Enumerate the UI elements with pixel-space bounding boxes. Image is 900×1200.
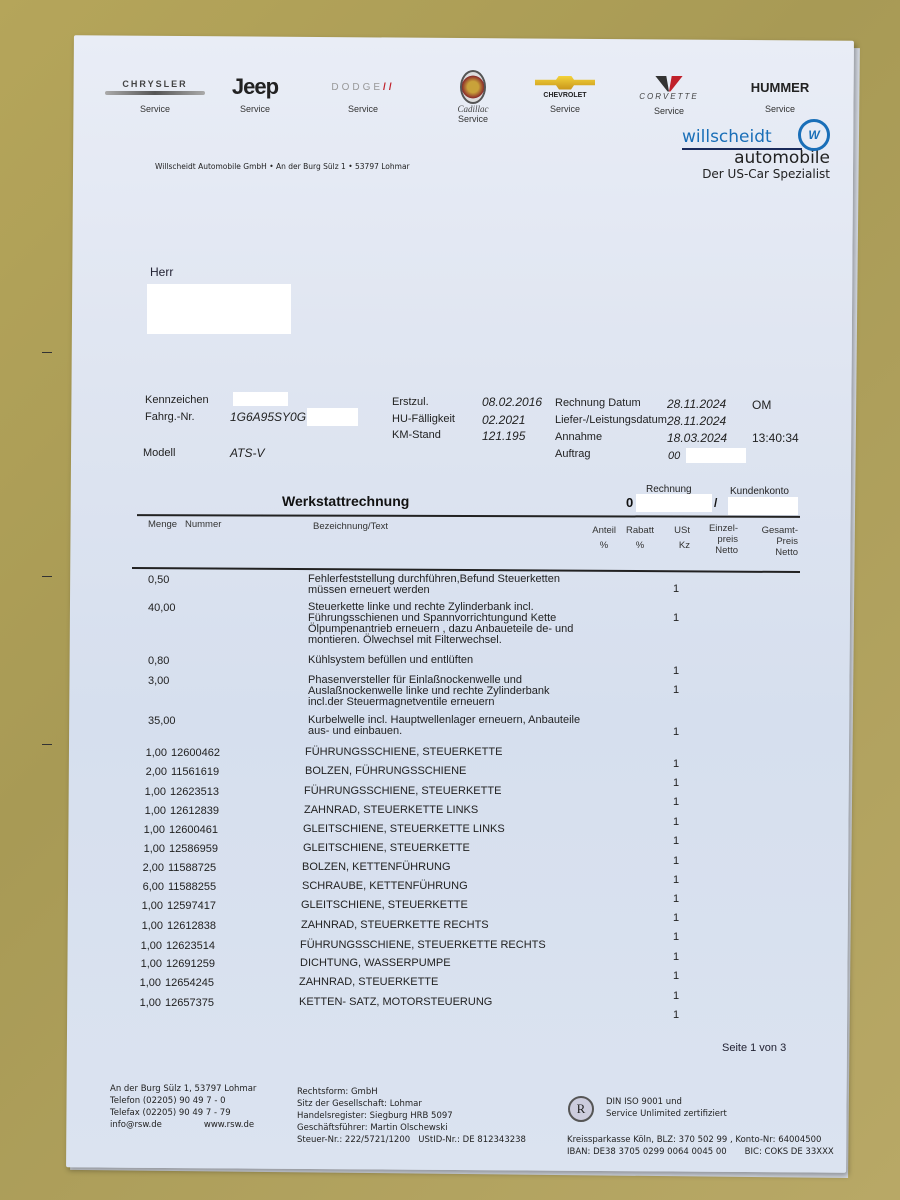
- page-indicator: Seite 1 von 3: [722, 1042, 786, 1054]
- dodge-stripes-icon: //: [383, 82, 395, 93]
- footer-fax: Telefax (02205) 90 49 7 - 79: [110, 1107, 256, 1119]
- item-quantity: 1,00: [138, 940, 162, 952]
- sender-line: Willscheidt Automobile GmbH • An der Bur…: [155, 162, 410, 171]
- item-description-line: GLEITSCHIENE, STEUERKETTE: [301, 900, 601, 911]
- footer-cert-line: Service Unlimited zertifiziert: [606, 1108, 727, 1120]
- om-code: OM: [752, 398, 771, 412]
- item-description: GLEITSCHIENE, STEUERKETTE: [301, 900, 601, 911]
- item-quantity: 1,00: [142, 805, 166, 817]
- brand-hummer: HUMMER Service: [725, 72, 835, 114]
- footer-legal-line: Sitz der Gesellschaft: Lohmar: [297, 1098, 526, 1110]
- footer-legal: Rechtsform: GmbH Sitz der Gesellschaft: …: [297, 1086, 526, 1146]
- item-tax-code: 1: [673, 758, 679, 770]
- item-quantity: 1,00: [142, 786, 166, 798]
- hu-label: HU-Fälligkeit: [392, 413, 455, 425]
- item-tax-code: 1: [673, 931, 679, 943]
- item-tax-code: 1: [673, 912, 679, 924]
- item-description: BOLZEN, KETTENFÜHRUNG: [302, 862, 602, 873]
- recipient-salutation: Herr: [150, 265, 173, 279]
- chrysler-wings-icon: [105, 91, 205, 95]
- liefer-value: 28.11.2024: [667, 414, 726, 428]
- col-gesamt-line: Preis: [752, 536, 798, 547]
- item-description: Steuerkette linke und rechte Zylinderban…: [308, 602, 608, 646]
- item-part-number: 12612839: [170, 805, 219, 817]
- hummer-logo: HUMMER: [725, 72, 835, 102]
- item-description: BOLZEN, FÜHRUNGSSCHIENE: [305, 766, 605, 777]
- footer-bank-line: Kreissparkasse Köln, BLZ: 370 502 99 , K…: [567, 1134, 834, 1146]
- item-quantity: 1,00: [138, 958, 162, 970]
- item-quantity: 1,00: [137, 997, 161, 1009]
- brand-chrysler: CHRYSLER Service: [100, 72, 210, 114]
- footer-address: An der Burg Sülz 1, 53797 Lohmar Telefon…: [110, 1083, 256, 1131]
- item-description-line: KETTEN- SATZ, MOTORSTEUERUNG: [299, 997, 599, 1008]
- item-description: Kurbelwelle incl. Hauptwellenlager erneu…: [308, 715, 608, 737]
- item-description: FÜHRUNGSSCHIENE, STEUERKETTE: [305, 747, 605, 758]
- col-anteil-line: Anteil: [592, 523, 616, 538]
- item-description-line: BOLZEN, KETTENFÜHRUNG: [302, 862, 602, 873]
- footer-website: www.rsw.de: [204, 1120, 254, 1130]
- item-description-line: FÜHRUNGSSCHIENE, STEUERKETTE: [305, 747, 605, 758]
- item-tax-code: 1: [673, 951, 679, 963]
- item-tax-code: 1: [673, 816, 679, 828]
- erstzul-label: Erstzul.: [392, 396, 429, 408]
- item-tax-code: 1: [673, 855, 679, 867]
- fahrg-value: 1G6A95SY0G: [230, 410, 306, 424]
- col-einzelpreis: Einzel-preisNetto: [700, 523, 738, 556]
- brand-service-label: Service: [725, 104, 835, 114]
- footer-phone: Telefon (02205) 90 49 7 - 0: [110, 1095, 256, 1107]
- item-tax-code: 1: [673, 970, 679, 982]
- item-description: Phasenversteller für Einlaßnockenwelle u…: [308, 675, 608, 708]
- col-einzel-line: Einzel-: [700, 523, 738, 534]
- item-description-line: GLEITSCHIENE, STEUERKETTE: [303, 843, 603, 854]
- item-description-line: montieren. Ölwechsel mit Filterwechsel.: [308, 635, 608, 646]
- item-quantity: 6,00: [140, 881, 164, 893]
- item-description-line: FÜHRUNGSSCHIENE, STEUERKETTE RECHTS: [300, 940, 600, 951]
- chevrolet-bowtie-icon: [535, 76, 595, 90]
- brand-service-label: Service: [200, 104, 310, 114]
- item-part-number: 12623514: [166, 940, 215, 952]
- item-description-line: aus- und einbauen.: [308, 726, 608, 737]
- footer-email: info@rsw.de: [110, 1120, 162, 1130]
- item-description: DICHTUNG, WASSERPUMPE: [300, 958, 600, 969]
- fahrg-label: Fahrg.-Nr.: [145, 411, 195, 423]
- item-description: ZAHNRAD, STEUERKETTE LINKS: [304, 805, 604, 816]
- rechnung-number-redacted: [636, 494, 712, 512]
- item-quantity: 1,00: [143, 747, 167, 759]
- item-tax-code: 1: [673, 777, 679, 789]
- col-anteil-line: %: [592, 538, 616, 553]
- item-quantity: 1,00: [139, 920, 163, 932]
- item-description-line: müssen erneuert werden: [308, 585, 608, 596]
- brand-service-label: Service: [308, 104, 418, 114]
- item-part-number: 12657375: [165, 997, 214, 1009]
- brand-dodge: DODGE// Service: [308, 72, 418, 114]
- item-tax-code: 1: [673, 796, 679, 808]
- footer-cert-line: DIN ISO 9001 und: [606, 1096, 727, 1108]
- brand-chevrolet: CHEVROLET Service: [510, 72, 620, 114]
- col-einzel-line: preis: [700, 534, 738, 545]
- col-gesamt-line: Gesamt-: [752, 525, 798, 536]
- item-tax-code: 1: [673, 583, 679, 595]
- item-part-number: 12586959: [169, 843, 218, 855]
- fahrg-redacted: [307, 408, 358, 426]
- rechnung-datum-label: Rechnung Datum: [555, 397, 641, 409]
- item-description-line: incl.der Steuermagnetventile erneuern: [308, 697, 608, 708]
- col-anteil: Anteil%: [592, 523, 616, 553]
- auftrag-redacted: [686, 448, 746, 463]
- fold-mark: [42, 576, 52, 577]
- col-gesamtpreis: Gesamt-PreisNetto: [752, 525, 798, 558]
- item-description-line: ZAHNRAD, STEUERKETTE LINKS: [304, 805, 604, 816]
- kundenkonto-redacted: [728, 497, 798, 515]
- brand-service-label: Service: [614, 106, 724, 116]
- annahme-time: 13:40:34: [752, 431, 799, 445]
- annahme-label: Annahme: [555, 431, 602, 443]
- item-part-number: 11588255: [168, 881, 216, 893]
- item-description-line: ZAHNRAD, STEUERKETTE RECHTS: [301, 920, 601, 931]
- item-description-line: DICHTUNG, WASSERPUMPE: [300, 958, 600, 969]
- jeep-logo: Jeep: [200, 72, 310, 102]
- item-quantity: 40,00: [148, 602, 176, 614]
- liefer-label: Liefer-/Leistungsdatum: [555, 414, 667, 426]
- item-part-number: 11588725: [168, 862, 216, 874]
- item-description: ZAHNRAD, STEUERKETTE: [299, 977, 599, 988]
- company-tagline: Der US-Car Spezialist: [680, 167, 830, 181]
- kennzeichen-redacted: [233, 392, 288, 406]
- number-separator: /: [714, 496, 717, 510]
- corvette-logo: CORVETTE: [639, 92, 698, 101]
- item-quantity: 1,00: [141, 843, 165, 855]
- col-ust-line: USt: [668, 523, 690, 538]
- item-description-line: ZAHNRAD, STEUERKETTE: [299, 977, 599, 988]
- col-ust: UStKz: [668, 523, 690, 553]
- erstzul-value: 08.02.2016: [482, 395, 542, 409]
- item-description: ZAHNRAD, STEUERKETTE RECHTS: [301, 920, 601, 931]
- brand-service-label: Service: [100, 104, 210, 114]
- brand-jeep: Jeep Service: [200, 72, 310, 114]
- fold-mark: [42, 744, 52, 745]
- item-tax-code: 1: [673, 612, 679, 624]
- fold-mark: [42, 352, 52, 353]
- item-quantity: 1,00: [141, 824, 165, 836]
- item-quantity: 3,00: [148, 675, 169, 687]
- item-part-number: 12654245: [165, 977, 214, 989]
- modell-value: ATS-V: [230, 446, 264, 460]
- chrysler-logo: CHRYSLER: [122, 79, 187, 89]
- auftrag-label: Auftrag: [555, 448, 590, 460]
- col-rabatt-line: %: [624, 538, 656, 553]
- footer-steuer-nr: Steuer-Nr.: 222/5721/1200: [297, 1135, 410, 1145]
- footer-ustid: UStID-Nr.: DE 812343238: [418, 1135, 526, 1145]
- item-description-line: GLEITSCHIENE, STEUERKETTE LINKS: [303, 824, 603, 835]
- col-rabatt: Rabatt%: [624, 523, 656, 553]
- footer-legal-line: Geschäftsführer: Martin Olschewski: [297, 1122, 526, 1134]
- item-tax-code: 1: [673, 835, 679, 847]
- item-description: FÜHRUNGSSCHIENE, STEUERKETTE: [304, 786, 604, 797]
- item-part-number: 12600461: [169, 824, 218, 836]
- company-logo-subname: automobile: [680, 150, 830, 167]
- footer-bic: BIC: COKS DE 33XXX: [745, 1147, 834, 1157]
- rechnung-datum-value: 28.11.2024: [667, 397, 726, 411]
- col-bezeichnung: Bezeichnung/Text: [313, 521, 388, 532]
- item-description: SCHRAUBE, KETTENFÜHRUNG: [302, 881, 602, 892]
- document-title: Werkstattrechnung: [282, 493, 409, 509]
- dodge-logo: DODGE: [331, 82, 383, 93]
- annahme-value: 18.03.2024: [667, 431, 727, 445]
- col-rabatt-line: Rabatt: [624, 523, 656, 538]
- item-part-number: 12691259: [166, 958, 215, 970]
- footer-legal-line: Rechtsform: GmbH: [297, 1086, 526, 1098]
- col-gesamt-line: Netto: [752, 547, 798, 558]
- chevrolet-logo: CHEVROLET: [543, 92, 586, 99]
- item-description: KETTEN- SATZ, MOTORSTEUERUNG: [299, 997, 599, 1008]
- col-ust-line: Kz: [668, 538, 690, 553]
- item-quantity: 35,00: [148, 715, 176, 727]
- item-description-line: Kühlsystem befüllen und entlüften: [308, 655, 608, 666]
- brand-service-label: Service: [510, 104, 620, 114]
- company-w-emblem-icon: W: [798, 119, 830, 151]
- recipient-name-redacted: [147, 284, 291, 334]
- item-description-line: BOLZEN, FÜHRUNGSSCHIENE: [305, 766, 605, 777]
- item-tax-code: 1: [673, 684, 679, 696]
- item-tax-code: 1: [673, 990, 679, 1002]
- footer-legal-line: Handelsregister: Siegburg HRB 5097: [297, 1110, 526, 1122]
- kundenkonto-label: Kundenkonto: [730, 486, 789, 497]
- item-quantity: 1,00: [139, 900, 163, 912]
- brand-corvette: CORVETTE Service: [614, 72, 724, 116]
- brand-service-label: Service: [418, 114, 528, 124]
- item-part-number: 11561619: [171, 766, 219, 778]
- col-einzel-line: Netto: [700, 545, 738, 556]
- col-menge: Menge: [148, 519, 177, 530]
- item-quantity: 2,00: [140, 862, 164, 874]
- km-value: 121.195: [482, 429, 525, 443]
- footer-address-line: An der Burg Sülz 1, 53797 Lohmar: [110, 1083, 256, 1095]
- item-description: GLEITSCHIENE, STEUERKETTE LINKS: [303, 824, 603, 835]
- item-quantity: 0,50: [148, 574, 169, 586]
- certification-seal-icon: R: [568, 1096, 594, 1122]
- item-part-number: 12597417: [167, 900, 216, 912]
- hu-value: 02.2021: [482, 413, 525, 427]
- item-tax-code: 1: [673, 893, 679, 905]
- footer-bank: Kreissparkasse Köln, BLZ: 370 502 99 , K…: [567, 1134, 834, 1158]
- corvette-flags-icon: [655, 76, 683, 92]
- modell-label: Modell: [143, 447, 175, 459]
- item-part-number: 12623513: [170, 786, 219, 798]
- kennzeichen-label: Kennzeichen: [145, 394, 209, 406]
- cadillac-crest-icon: [460, 70, 486, 104]
- item-tax-code: 1: [673, 726, 679, 738]
- item-description-line: SCHRAUBE, KETTENFÜHRUNG: [302, 881, 602, 892]
- company-logo-name: willscheidt: [682, 127, 772, 147]
- item-quantity: 1,00: [137, 977, 161, 989]
- col-nummer: Nummer: [185, 519, 221, 530]
- item-description: Kühlsystem befüllen und entlüften: [308, 655, 608, 666]
- item-description-line: FÜHRUNGSSCHIENE, STEUERKETTE: [304, 786, 604, 797]
- auftrag-value: 00: [668, 450, 680, 462]
- item-description: GLEITSCHIENE, STEUERKETTE: [303, 843, 603, 854]
- item-quantity: 2,00: [143, 766, 167, 778]
- km-label: KM-Stand: [392, 429, 441, 441]
- item-tax-code: 1: [673, 874, 679, 886]
- item-tax-code: 1: [673, 665, 679, 677]
- company-logo: willscheidt W automobile Der US-Car Spez…: [680, 125, 830, 181]
- item-quantity: 0,80: [148, 655, 169, 667]
- footer-certification: DIN ISO 9001 und Service Unlimited zerti…: [606, 1096, 727, 1120]
- item-description: Fehlerfeststellung durchführen,Befund St…: [308, 574, 608, 596]
- item-part-number: 12600462: [171, 747, 220, 759]
- item-tax-code: 1: [673, 1009, 679, 1021]
- item-description: FÜHRUNGSSCHIENE, STEUERKETTE RECHTS: [300, 940, 600, 951]
- item-part-number: 12612838: [167, 920, 216, 932]
- rechnung-number: 0: [626, 495, 633, 510]
- footer-iban: IBAN: DE38 3705 0299 0064 0045 00: [567, 1147, 727, 1157]
